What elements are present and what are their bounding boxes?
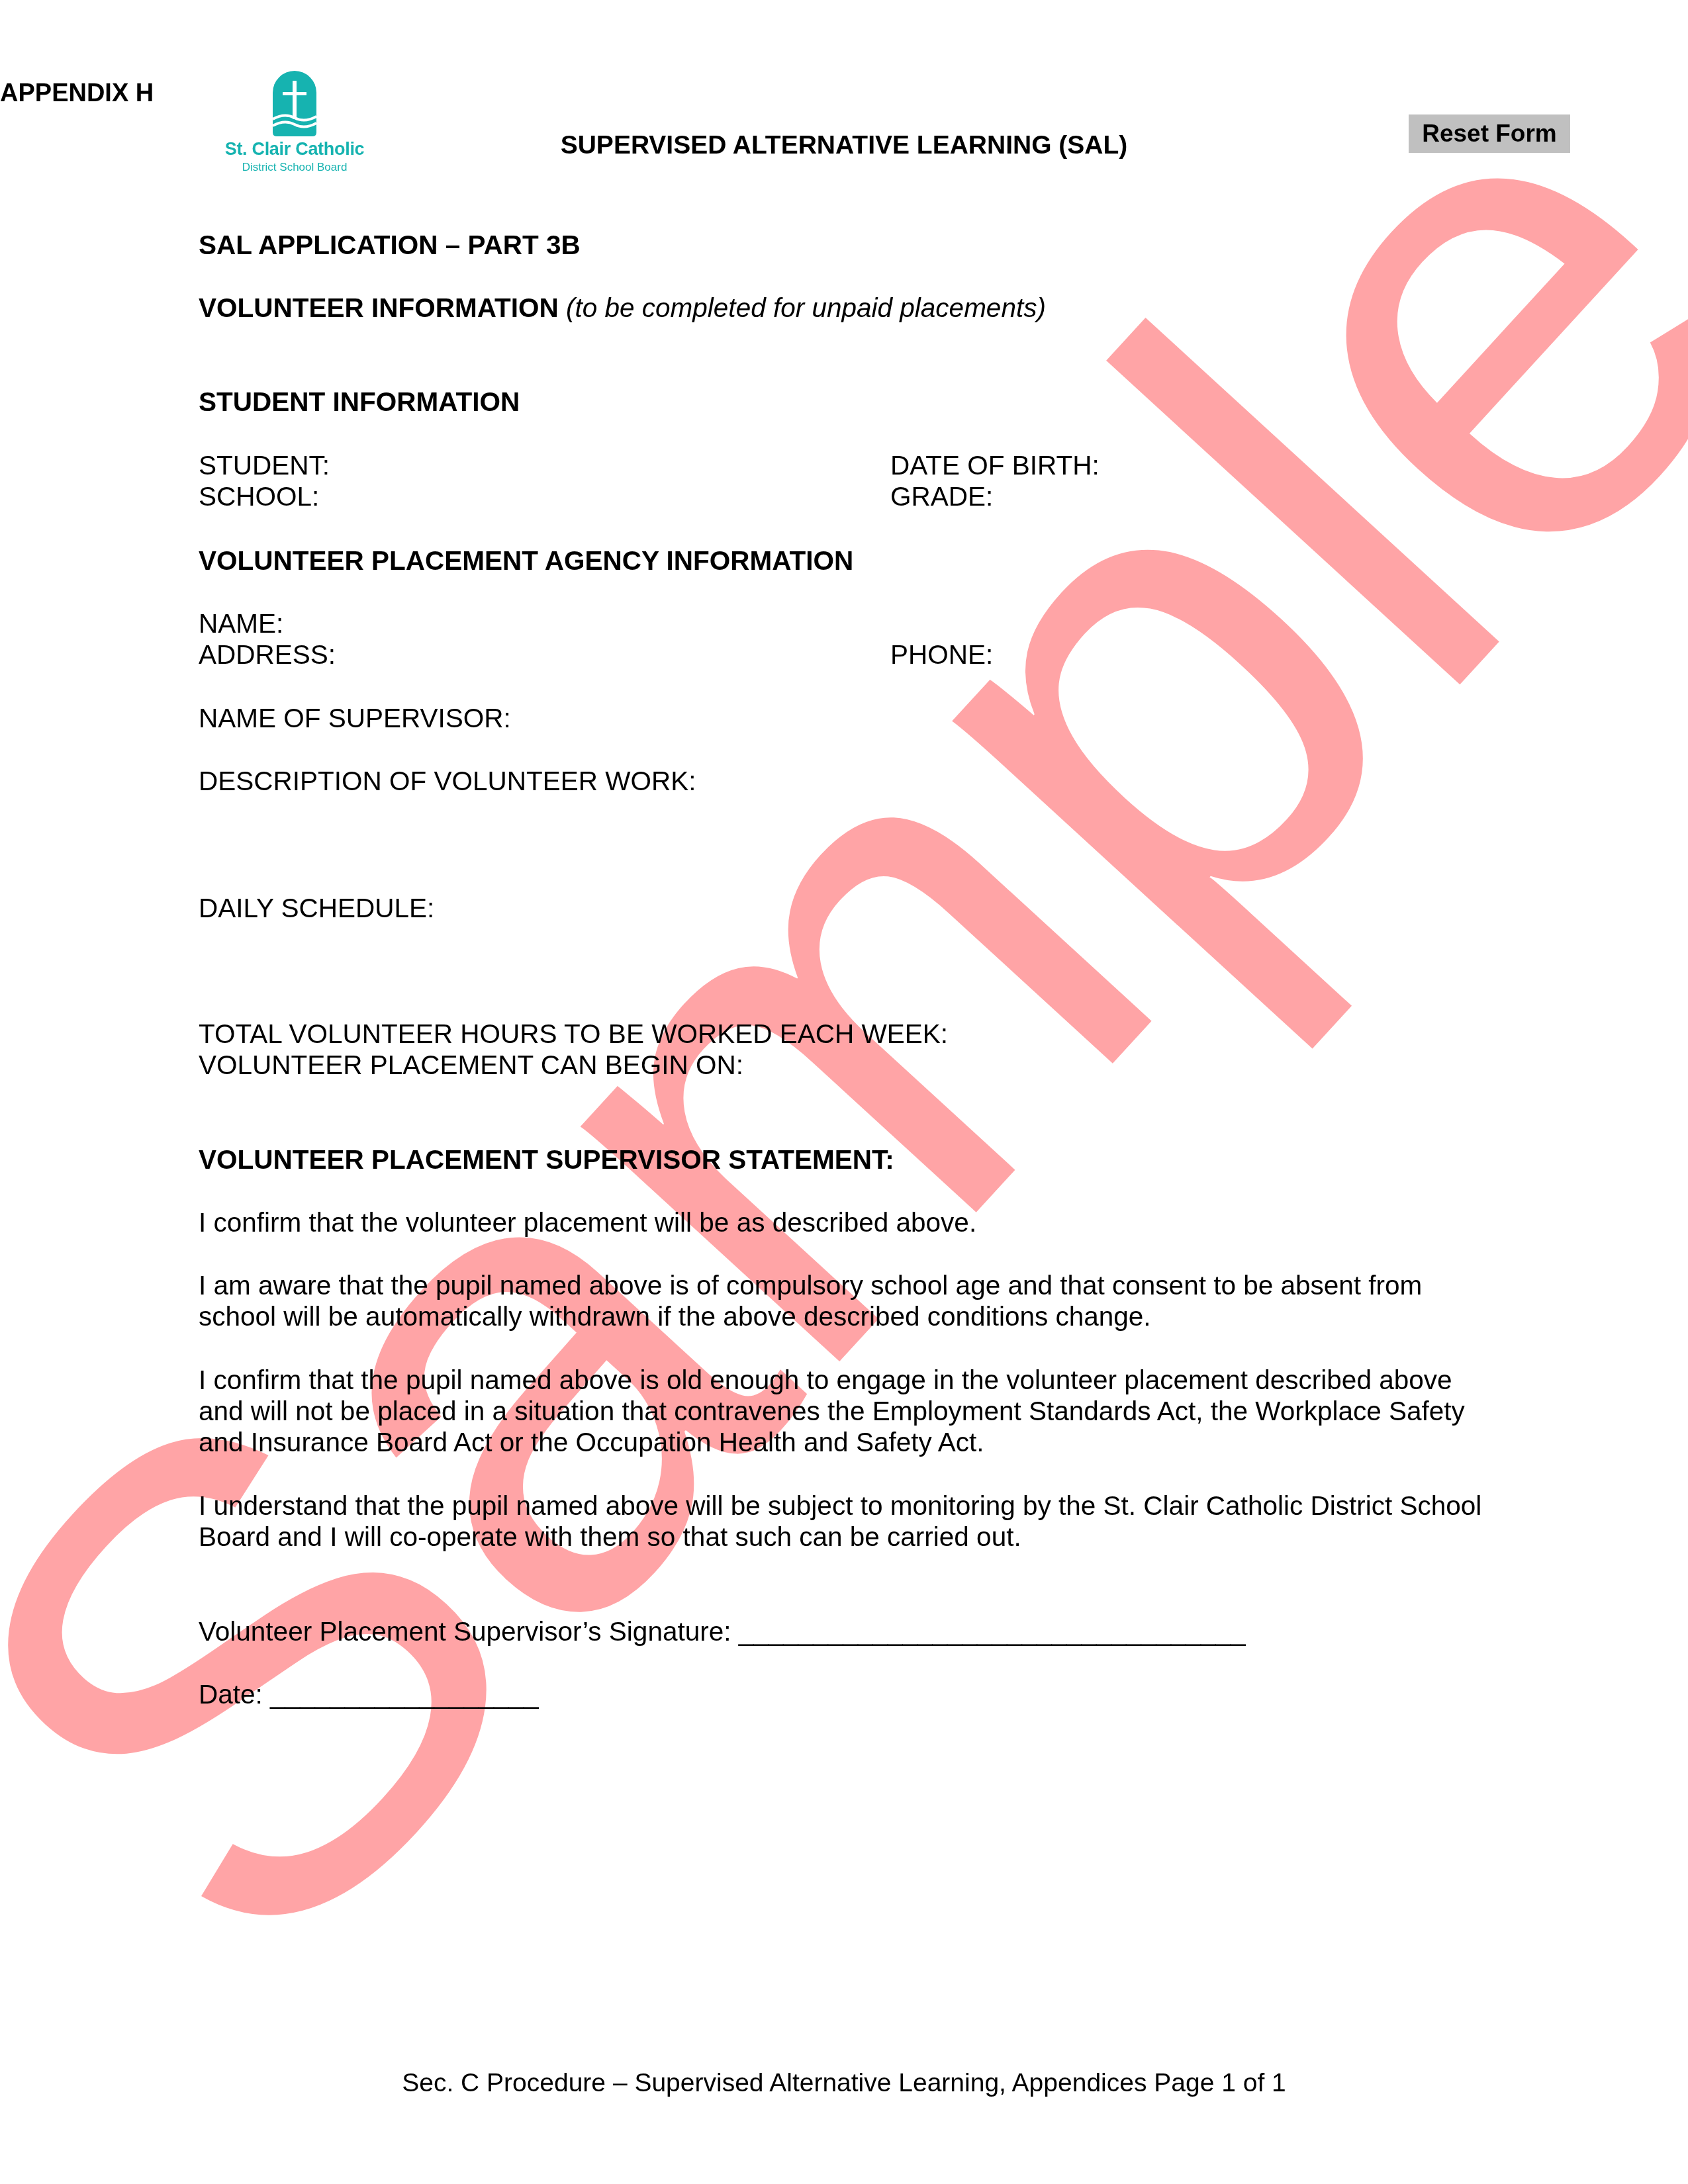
statement-paragraph: I confirm that the pupil named above is … [199,1365,1483,1458]
agency-info-heading: VOLUNTEER PLACEMENT AGENCY INFORMATION [199,545,853,576]
work-description-label: DESCRIPTION OF VOLUNTEER WORK: [199,766,696,797]
agency-name-label: NAME: [199,608,283,639]
section-note: (to be completed for unpaid placements) [566,293,1046,323]
date-label: Date: [199,1679,263,1709]
date-of-birth-label: DATE OF BIRTH: [890,450,1100,481]
part-title: SAL APPLICATION – PART 3B [199,230,581,261]
grade-label: GRADE: [890,481,993,512]
statement-paragraph: I understand that the pupil named above … [199,1490,1483,1553]
document-page: St. Clair Catholic District School Board… [0,0,1688,2184]
school-label: SCHOOL: [199,481,319,512]
student-info-heading: STUDENT INFORMATION [199,387,520,418]
statement-heading: VOLUNTEER PLACEMENT SUPERVISOR STATEMENT… [199,1144,894,1175]
begin-date-label: VOLUNTEER PLACEMENT CAN BEGIN ON: [199,1050,743,1081]
reset-form-button[interactable]: Reset Form [1409,114,1570,153]
signature-line: __________________________________ [739,1616,1246,1647]
statement-paragraph: I confirm that the volunteer placement w… [199,1207,1483,1238]
appendix-label: APPENDIX H [0,78,1568,109]
signature-label: Volunteer Placement Supervisor’s Signatu… [199,1616,731,1647]
statement-paragraph: I am aware that the pupil named above is… [199,1270,1483,1332]
agency-address-label: ADDRESS: [199,639,336,670]
agency-phone-label: PHONE: [890,639,993,670]
page-footer: Sec. C Procedure – Supervised Alternativ… [0,2068,1688,2099]
date-line: __________________ [270,1679,538,1709]
sample-watermark: Sample [0,0,1688,2184]
signature-row: Volunteer Placement Supervisor’s Signatu… [199,1616,1246,1647]
logo-subtitle: District School Board [218,161,371,174]
section-title-row: VOLUNTEER INFORMATION (to be completed f… [199,293,1046,324]
date-row: Date: __________________ [199,1679,539,1710]
supervisor-name-label: NAME OF SUPERVISOR: [199,703,511,734]
section-title: VOLUNTEER INFORMATION [199,293,559,323]
student-label: STUDENT: [199,450,330,481]
weekly-hours-label: TOTAL VOLUNTEER HOURS TO BE WORKED EACH … [199,1019,948,1050]
daily-schedule-label: DAILY SCHEDULE: [199,893,434,924]
